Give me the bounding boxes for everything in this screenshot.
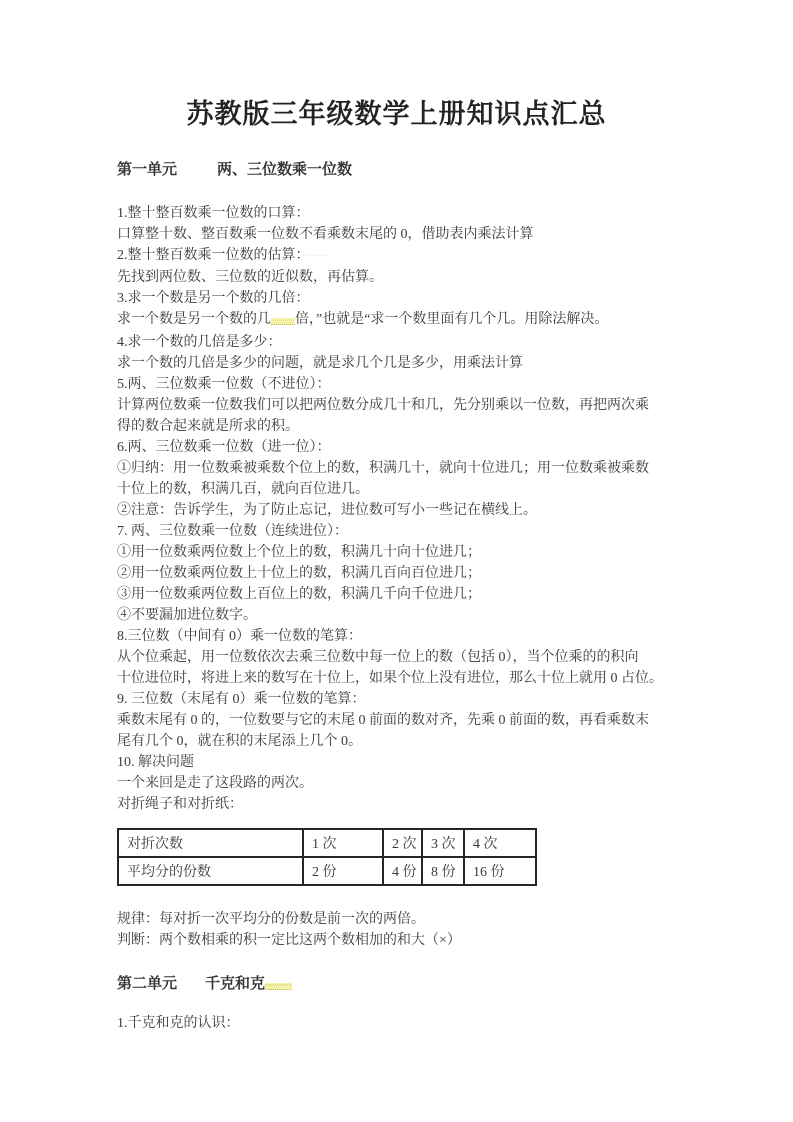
text-run: 先找到两位数、三位数的近似数，再估算。 — [117, 270, 383, 285]
text-line: 7. 两、三位数乘一位数（连续进位）： — [117, 521, 683, 542]
text-run: 7. 两、三位数乘一位数（连续进位）： — [117, 524, 348, 539]
text-run: 十位进位时，将进上来的数写在十位上，如果个位上没有进位，那么十位上就用 0 占位… — [117, 671, 663, 686]
unit2-heading-title: 千克和克 — [205, 976, 265, 992]
table-row: 平均分的份数2 份4 份8 份16 份 — [118, 857, 536, 885]
text-line: ①归纳：用一位数乘被乘数个位上的数，积满几十，就向十位进几；用一位数乘被乘数 — [117, 458, 683, 479]
text-line: 1.整十整百数乘一位数的口算： — [117, 203, 683, 224]
text-line: ②注意：告诉学生，为了防止忘记，进位数可写小一些记在横线上。 — [117, 500, 683, 521]
annotation-mark: ········ — [271, 318, 295, 325]
text-run: 6.两、三位数乘一位数（进一位）： — [117, 440, 331, 455]
table-cell: 4 份 — [383, 857, 422, 885]
text-line: 一个来回是走了这段路的两次。 — [117, 773, 683, 794]
annotation-mark: ········· — [303, 253, 330, 259]
text-run: 一个来回是走了这段路的两次。 — [117, 776, 313, 791]
annotation-mark: ········· — [265, 983, 292, 990]
text-line: 求一个数是另一个数的几········倍，”也就是“求一个数里面有几个几。用除法… — [117, 309, 683, 332]
text-line: 十位进位时，将进上来的数写在十位上，如果个位上没有进位，那么十位上就用 0 占位… — [117, 668, 683, 689]
text-run: ①归纳：用一位数乘被乘数个位上的数，积满几十，就向十位进几；用一位数乘被乘数 — [117, 461, 649, 476]
text-run: 3.求一个数是另一个数的几倍： — [117, 291, 310, 306]
table-cell: 对折次数 — [118, 829, 303, 857]
unit1-content-lines: 1.整十整百数乘一位数的口算：口算整十数、整百数乘一位数不看乘数末尾的 0，借助… — [117, 203, 683, 815]
text-line: 尾有几个 0，就在积的末尾添上几个 0。 — [117, 731, 683, 752]
table-cell: 16 份 — [464, 857, 536, 885]
text-run: 1.整十整百数乘一位数的口算： — [117, 206, 310, 221]
text-run: 1.千克和克的认识： — [117, 1016, 240, 1031]
document-page: 苏教版三年级数学上册知识点汇总 第一单元两、三位数乘一位数 1.整十整百数乘一位… — [0, 0, 793, 1122]
text-line: 判断：两个数相乘的积一定比这两个数相加的和大（×） — [117, 930, 683, 951]
text-run: 计算两位数乘一位数我们可以把两位数分成几十和几，先分别乘以一位数，再把两次乘 — [117, 398, 649, 413]
text-run: 得的数合起来就是所求的积。 — [117, 419, 299, 434]
text-line: ③用一位数乘两位数上百位上的数，积满几千向千位进几； — [117, 584, 683, 605]
text-run: 乘数末尾有 0 的，一位数要与它的末尾 0 前面的数对齐，先乘 0 前面的数，再… — [117, 713, 649, 728]
text-run: 判断：两个数相乘的积一定比这两个数相加的和大（×） — [117, 933, 461, 948]
text-run: 倍，”也就是“求一个数里面有几个几。用除法解决。 — [295, 312, 608, 327]
table-cell: 1 次 — [303, 829, 383, 857]
text-line: 5.两、三位数乘一位数（不进位）： — [117, 374, 683, 395]
text-run: 口算整十数、整百数乘一位数不看乘数末尾的 0，借助表内乘法计算 — [117, 227, 534, 242]
text-line: 乘数末尾有 0 的，一位数要与它的末尾 0 前面的数对齐，先乘 0 前面的数，再… — [117, 710, 683, 731]
document-title: 苏教版三年级数学上册知识点汇总 — [0, 0, 793, 131]
text-line: 十位上的数，积满几百，就向百位进几。 — [117, 479, 683, 500]
text-line: 10. 解决问题 — [117, 752, 683, 773]
text-line: 3.求一个数是另一个数的几倍： — [117, 288, 683, 309]
unit2-heading-number: 第二单元 — [117, 976, 177, 992]
text-line: 8.三位数（中间有 0）乘一位数的笔算： — [117, 626, 683, 647]
text-line: 计算两位数乘一位数我们可以把两位数分成几十和几，先分别乘以一位数，再把两次乘 — [117, 395, 683, 416]
table-cell: 8 份 — [422, 857, 464, 885]
text-run: 求一个数是另一个数的几 — [117, 312, 271, 327]
text-line: 求一个数的几倍是多少的问题，就是求几个几是多少，用乘法计算 — [117, 353, 683, 374]
text-run: 规律：每对折一次平均分的份数是前一次的两倍。 — [117, 912, 425, 927]
text-line: 9. 三位数（末尾有 0）乘一位数的笔算： — [117, 689, 683, 710]
text-run: 对折绳子和对折纸： — [117, 797, 243, 812]
unit2-content-lines: 1.千克和克的认识： — [117, 1013, 683, 1034]
text-run: ①用一位数乘两位数上个位上的数，积满几十向十位进几； — [117, 545, 481, 560]
text-line: 规律：每对折一次平均分的份数是前一次的两倍。 — [117, 909, 683, 930]
text-line: 先找到两位数、三位数的近似数，再估算。 — [117, 267, 683, 288]
unit1-heading-title: 两、三位数乘一位数 — [217, 162, 352, 178]
text-line: 6.两、三位数乘一位数（进一位）： — [117, 437, 683, 458]
text-line: 对折绳子和对折纸： — [117, 794, 683, 815]
fold-table: 对折次数1 次2 次3 次4 次平均分的份数2 份4 份8 份16 份 — [117, 828, 537, 886]
text-line: ②用一位数乘两位数上十位上的数，积满几百向百位进几； — [117, 563, 683, 584]
text-run: 十位上的数，积满几百，就向百位进几。 — [117, 482, 369, 497]
table-cell: 4 次 — [464, 829, 536, 857]
text-run: 9. 三位数（末尾有 0）乘一位数的笔算： — [117, 692, 366, 707]
document-content: 第一单元两、三位数乘一位数 1.整十整百数乘一位数的口算：口算整十数、整百数乘一… — [0, 159, 793, 1034]
table-cell: 2 次 — [383, 829, 422, 857]
table-cell: 3 次 — [422, 829, 464, 857]
table-cell: 平均分的份数 — [118, 857, 303, 885]
unit1-heading: 第一单元两、三位数乘一位数 — [117, 159, 683, 181]
text-run: 2.整十整百数乘一位数的估算： — [117, 248, 303, 263]
text-run: 5.两、三位数乘一位数（不进位）： — [117, 377, 331, 392]
text-run: ②用一位数乘两位数上十位上的数，积满几百向百位进几； — [117, 566, 481, 581]
text-run: 尾有几个 0，就在积的末尾添上几个 0。 — [117, 734, 362, 749]
rules-lines: 规律：每对折一次平均分的份数是前一次的两倍。判断：两个数相乘的积一定比这两个数相… — [117, 909, 683, 951]
text-run: ③用一位数乘两位数上百位上的数，积满几千向千位进几； — [117, 587, 481, 602]
text-line: ④不要漏加进位数字。 — [117, 605, 683, 626]
text-line: 2.整十整百数乘一位数的估算：········· — [117, 245, 683, 267]
text-line: ①用一位数乘两位数上个位上的数，积满几十向十位进几； — [117, 542, 683, 563]
fold-table-body: 对折次数1 次2 次3 次4 次平均分的份数2 份4 份8 份16 份 — [118, 829, 536, 885]
table-row: 对折次数1 次2 次3 次4 次 — [118, 829, 536, 857]
text-run: 求一个数的几倍是多少的问题，就是求几个几是多少，用乘法计算 — [117, 356, 523, 371]
text-line: 口算整十数、整百数乘一位数不看乘数末尾的 0，借助表内乘法计算 — [117, 224, 683, 245]
text-line: 4.求一个数的几倍是多少： — [117, 332, 683, 353]
text-run: 8.三位数（中间有 0）乘一位数的笔算： — [117, 629, 362, 644]
text-line: 从个位乘起，用一位数依次去乘三位数中每一位上的数（包括 0），当个位乘的的积向 — [117, 647, 683, 668]
text-line: 1.千克和克的认识： — [117, 1013, 683, 1034]
text-run: 从个位乘起，用一位数依次去乘三位数中每一位上的数（包括 0），当个位乘的的积向 — [117, 650, 639, 665]
text-run: ④不要漏加进位数字。 — [117, 608, 257, 623]
text-run: 10. 解决问题 — [117, 755, 194, 770]
text-run: 4.求一个数的几倍是多少： — [117, 335, 282, 350]
table-cell: 2 份 — [303, 857, 383, 885]
text-line: 得的数合起来就是所求的积。 — [117, 416, 683, 437]
unit1-heading-number: 第一单元 — [117, 162, 177, 178]
text-run: ②注意：告诉学生，为了防止忘记，进位数可写小一些记在横线上。 — [117, 503, 537, 518]
unit2-heading: 第二单元千克和克········· — [117, 973, 683, 997]
